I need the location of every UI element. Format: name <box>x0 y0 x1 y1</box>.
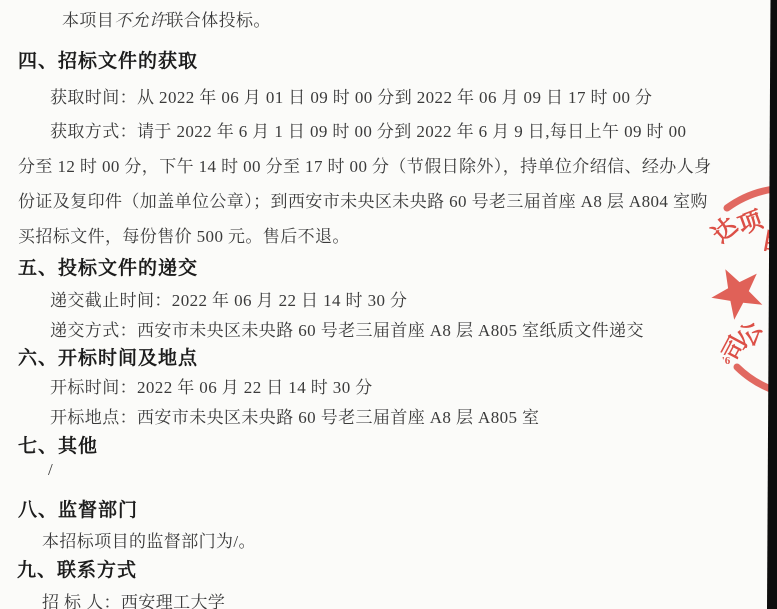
submission-method-line: 递交方式：西安市未央区未央路 60 号老三届首座 A8 层 A805 室纸质文件… <box>50 316 644 341</box>
opening-place-line: 开标地点：西安市未央区未央路 60 号老三届首座 A8 层 A805 室 <box>50 403 539 428</box>
submission-deadline-line: 递交截止时间：2022 年 06 月 22 日 14 时 30 分 <box>50 286 407 311</box>
intro-prefix: 本项目 <box>62 11 114 30</box>
supervision-dept-line: 本招标项目的监督部门为/。 <box>42 527 256 552</box>
company-seal-stamp-icon: 达 项 目 公 司 '6 <box>655 168 777 403</box>
scanned-tender-document-page: 本项目不允许联合体投标。 四、招标文件的获取 获取时间：从 2022 年 06 … <box>0 0 777 609</box>
section-heading-bid-opening: 六、开标时间及地点 <box>18 343 198 370</box>
section-heading-contact: 九、联系方式 <box>17 555 137 582</box>
intro-line: 本项目不允许联合体投标。 <box>62 6 271 31</box>
section-heading-other: 七、其他 <box>18 431 98 458</box>
opening-time-line: 开标时间：2022 年 06 月 22 日 14 时 30 分 <box>50 373 373 398</box>
other-placeholder-slash: / <box>48 460 53 480</box>
section-heading-bid-submission: 五、投标文件的递交 <box>18 253 198 280</box>
obtain-method-line-3: 份证及复印件（加盖单位公章）；到西安市未央区未央路 60 号老三届首座 A8 层… <box>18 187 708 212</box>
seal-star-icon <box>711 269 762 320</box>
obtain-time-line: 获取时间：从 2022 年 06 月 01 日 09 时 00 分到 2022 … <box>50 83 652 108</box>
intro-emphasis: 不允许 <box>114 11 166 30</box>
seal-stray-mark: '6 <box>722 355 731 367</box>
obtain-method-line-2: 分至 12 时 00 分，下午 14 时 00 分至 17 时 00 分（节假日… <box>18 152 712 177</box>
obtain-method-line-4: 买招标文件，每份售价 500 元。售后不退。 <box>18 222 350 247</box>
section-heading-obtain-documents: 四、招标文件的获取 <box>18 46 198 73</box>
intro-suffix: 联合体投标。 <box>166 11 270 30</box>
obtain-method-line-1: 获取方式：请于 2022 年 6 月 1 日 09 时 00 分到 2022 年… <box>50 117 686 142</box>
tenderer-line: 招 标 人：西安理工大学 <box>42 588 225 609</box>
section-heading-supervision: 八、监督部门 <box>18 495 138 522</box>
